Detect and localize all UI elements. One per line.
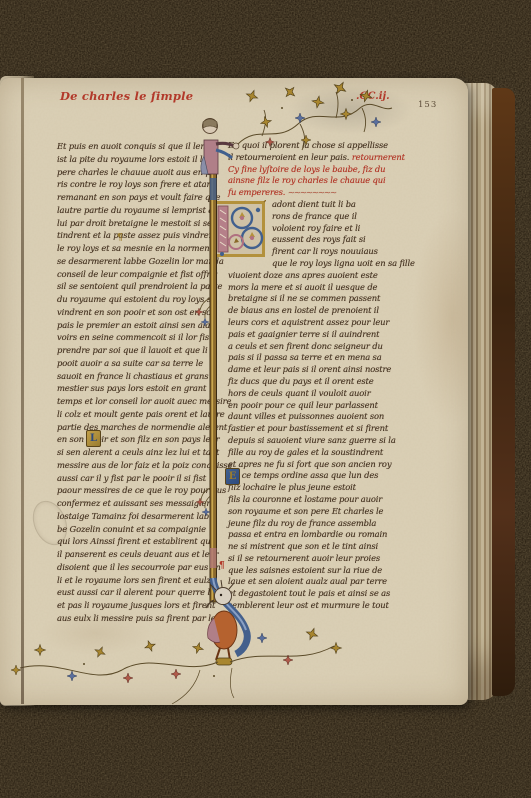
manuscript-page: De charles le ſimple .CC.ij. 153 Et puis… (0, 78, 468, 705)
manuscript-text-line: que le roy loys ligna uoit en sa fille (228, 258, 424, 270)
manuscript-text-line: mestier sus pays lors estoit en grant (57, 382, 219, 395)
manuscript-text-line: En quoi il plorent la chose si appelliss… (228, 140, 424, 152)
manuscript-text-line: depuis si sauoient viure sanz guerre si … (228, 435, 424, 447)
manuscript-text-line: temps et lor conseil lor auoit auec mess… (57, 395, 219, 408)
manuscript-text-line: leurs cors et aquistrent assez pour leur (228, 317, 424, 329)
manuscript-text-line: si il se retournerent auoir leur proies (228, 553, 424, 565)
manuscript-text-line: eust aussi car il alerent pour querre lo… (57, 586, 219, 599)
manuscript-text-line: daunt villes et puissonnes auoient son (228, 411, 424, 423)
manuscript-text-line: remanant en son pays et voult faire que (57, 191, 219, 204)
manuscript-text-line: du royaume qui estoient du roy loys si (57, 293, 219, 306)
manuscript-text-line: viuoient doze ans apres auoient este (228, 270, 424, 282)
manuscript-text-line: semblerent leur ost et murmure le tout (228, 600, 424, 612)
manuscript-text-line: sil se sentoient quil prendroient la pas… (57, 280, 219, 293)
opening-line: il retourneroient en leur pais. (228, 152, 349, 162)
opening-line: En quoi il plorent la chose si appelliss… (228, 140, 388, 150)
manuscript-text-line: prendre par soi que il lauoit et que li (57, 344, 219, 357)
manuscript-text-line: aussi car il y fist par le pooir il si f… (57, 472, 219, 485)
manuscript-text-line: En ce temps ordine assa que lun des (228, 470, 424, 482)
gold-paraph-mark: ¶ (117, 233, 123, 243)
manuscript-text-line: ist la pite du royaume lors estoit il le… (57, 153, 219, 166)
right-column-body: adont dient tuit li barons de france que… (228, 199, 424, 612)
manuscript-text-line: il retourneroient en leur pais. retourne… (228, 152, 424, 164)
manuscript-text-line: mors la mere et si auoit il uesque de (228, 282, 424, 294)
manuscript-text-line: fastier et pour bastissement et si firen… (228, 423, 424, 435)
small-champie-initial: E (225, 468, 240, 485)
leather-cover-edge (492, 88, 515, 696)
manuscript-text-line: fille au roy de gales et la soustindrent (228, 447, 424, 459)
manuscript-text-line: ne si mistrent que son et le tint ainsi (228, 541, 424, 553)
manuscript-text-line: pais et gaaignier terre si il auindrent (228, 329, 424, 341)
manuscript-text-line: fils la couronne et lostame pour auoir (228, 494, 424, 506)
manuscript-text-line: fiz ducs que du pays et il orent este (228, 376, 424, 388)
running-title: De charles le ſimple (60, 89, 193, 103)
illuminated-initial-icon (212, 200, 266, 258)
manuscript-text-line: disoient que il les secourroie par eus e… (57, 561, 219, 574)
manuscript-text-line: li et le royaume lors sen firent et eulz (57, 574, 219, 587)
manuscript-text-line: a ceuls et sen firent donc seigneur du (228, 341, 424, 353)
manuscript-text-line: en pooir pour ce quil leur parlassent (228, 400, 424, 412)
manuscript-text-line: qui lors Ainssi firent et establirent qu… (57, 535, 219, 548)
manuscript-text-line: hors de ceuls quant il vouloit auoir (228, 388, 424, 400)
manuscript-text-line: le roy loys et sa mesnie en la normendie (57, 242, 219, 255)
manuscript-text-line: et degastoient tout le pais et ainsi se … (228, 588, 424, 600)
manuscript-text-line: pooit auoir a sa suite car sa terre le (57, 357, 219, 370)
manuscript-text-line: conseil de leur compaignie et fist offri… (57, 268, 219, 281)
manuscript-text-line: en son pooir et son filz en son pays leu… (57, 433, 219, 446)
manuscript-text-line: pais si il passa sa terre et en mena sa (228, 352, 424, 364)
manuscript-text-line: que les saisnes estoient sur la riue de (228, 565, 424, 577)
right-text-column: En quoi il plorent la chose si appelliss… (228, 140, 424, 612)
manuscript-text-line: bretaigne si il ne se commen passent (228, 293, 424, 305)
small-champie-initial: L (86, 430, 101, 447)
manuscript-text-line: dame et leur pais si il orent ainsi nost… (228, 364, 424, 376)
cancelled-rubric-scribble: ~~~~~~~~ (288, 187, 336, 197)
manuscript-text-line: il panserent es ceuls deuant aus et leur (57, 548, 219, 561)
manuscript-text-line: et pas li royaume jusques lors et firent (57, 599, 219, 612)
ivy-vine-icon (11, 626, 342, 704)
manuscript-text-line: vindrent en son pooir et son ost en son (57, 306, 219, 319)
manuscript-text-line: aus eulx li messire puis sa firent par l… (57, 612, 219, 625)
folio-number: 153 (418, 100, 437, 110)
rubric-line: Cy fine lyſtoire de loys le baube, fiz d… (228, 164, 424, 176)
manuscript-text-line: jeune filz du roy de france assembla (228, 518, 424, 530)
manuscript-text-line: lautre partie du royaume si lemprist aue… (57, 204, 219, 217)
manuscript-text-line: li colz et moult gente pais orent et lau… (57, 408, 219, 421)
manuscript-text-line: son royaume et son pere Et charles le (228, 506, 424, 518)
manuscript-text-line: laue et sen aloient aualz aual par terre (228, 576, 424, 588)
manuscript-text-line: tindrent et la paste assez puis vindrent (57, 229, 219, 242)
manuscript-text-line: passa et entra en lombardie ou romain (228, 529, 424, 541)
left-text-column: Et puis en auoit conquis si que il lenis… (57, 140, 219, 625)
red-paraph-mark: ¶ (219, 561, 225, 571)
manuscript-text-line: pere charles le chauue auoit aus en pa (57, 166, 219, 179)
manuscript-photo: { "photo": { "background_color": "#251b0… (0, 0, 531, 798)
manuscript-text-line: lui par droit bretaigne le mestoit si se (57, 217, 219, 230)
manuscript-text-line: lostaige Tamainz foi desarmerent lab (57, 510, 219, 523)
manuscript-text-line: et apres ne fu si fort que son ancien ro… (228, 459, 424, 471)
rubric-line: ainsne filz le roy charles le chauue qui (228, 175, 424, 187)
chapter-number: .CC.ij. (356, 91, 390, 102)
manuscript-text-line: se desarmerent labbe Gozelin lor manda (57, 255, 219, 268)
manuscript-text-line: paour messires de ce que le roy pour aus (57, 484, 219, 497)
manuscript-text-line: confermez et auissant ses messaigiers (57, 497, 219, 510)
manuscript-text-line: voirs en seine commencoit si il lor fist (57, 331, 219, 344)
manuscript-text-line: sauoit en france li chastiaus et grans (57, 370, 219, 383)
manuscript-text-line: de biaus ans en lostel de prenoient il (228, 305, 424, 317)
manuscript-text-line: messire aus de lor faiz et la poiz conqu… (57, 459, 219, 472)
manuscript-text-line: Et puis en auoit conquis si que il len (57, 140, 219, 153)
manuscript-text-line: be Gozelin conuint et sa compaignie (57, 523, 219, 536)
rubric-catchword: retournerent (352, 152, 405, 162)
manuscript-text-line: pais le premier an estoit ainsi sen ala (57, 319, 219, 332)
manuscript-text-line: si sen alerent a ceuls ainz lez lui et t… (57, 446, 219, 459)
rubric-line: fu empereres. ~~~~~~~~ (228, 187, 424, 199)
gutter-shadow (21, 78, 24, 704)
manuscript-text-line: filz lochaire le plus jeune estoit (228, 482, 424, 494)
manuscript-text-line: ris contre le roy loys son frere et atan… (57, 178, 219, 191)
manuscript-text-line: partie des marches de normendie alerent (57, 421, 219, 434)
